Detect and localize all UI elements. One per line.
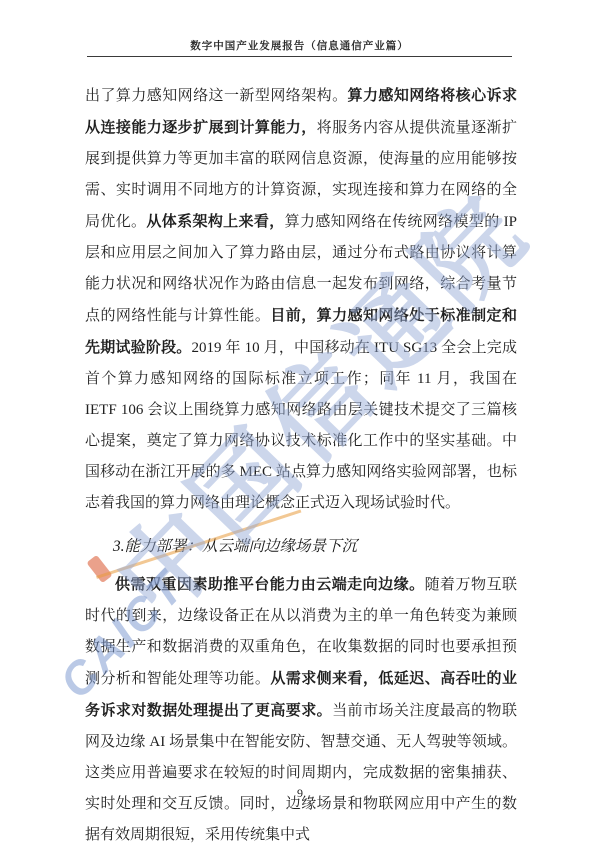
text-segment: 当前市场关注度最高的物联网及边缘 AI 场景集中在智能安防、智慧交通、无人驾驶等… xyxy=(85,703,517,843)
text-segment: 出了算力感知网络这一新型网络架构。 xyxy=(85,88,348,104)
header-divider xyxy=(87,56,512,57)
page-footer: 9 xyxy=(0,784,600,802)
page-number: 9 xyxy=(297,786,303,800)
section-heading-capability-deployment: 3.能力部署：从云端向边缘场景下沉 xyxy=(85,531,517,562)
paragraph-edge-capability: 供需双重因素助推平台能力由云端走向边缘。随着万物互联时代的到来，边缘设备正在从以… xyxy=(85,569,517,848)
page-header: 数字中国产业发展报告（信息通信产业篇） xyxy=(87,38,512,53)
report-title: 数字中国产业发展报告（信息通信产业篇） xyxy=(87,38,512,53)
text-segment-bold: 供需双重因素助推平台能力由云端走向边缘。 xyxy=(115,576,425,593)
text-segment-bold: 从体系架构上来看， xyxy=(146,213,284,230)
paragraph-computing-aware-network: 出了算力感知网络这一新型网络架构。算力感知网络将核心诉求从连接能力逐步扩展到计算… xyxy=(85,80,517,519)
document-body: 出了算力感知网络这一新型网络架构。算力感知网络将核心诉求从连接能力逐步扩展到计算… xyxy=(85,80,517,848)
text-segment: 2019 年 10 月，中国移动在 ITU SG13 全会上完成首个算力感知网络… xyxy=(85,340,517,511)
